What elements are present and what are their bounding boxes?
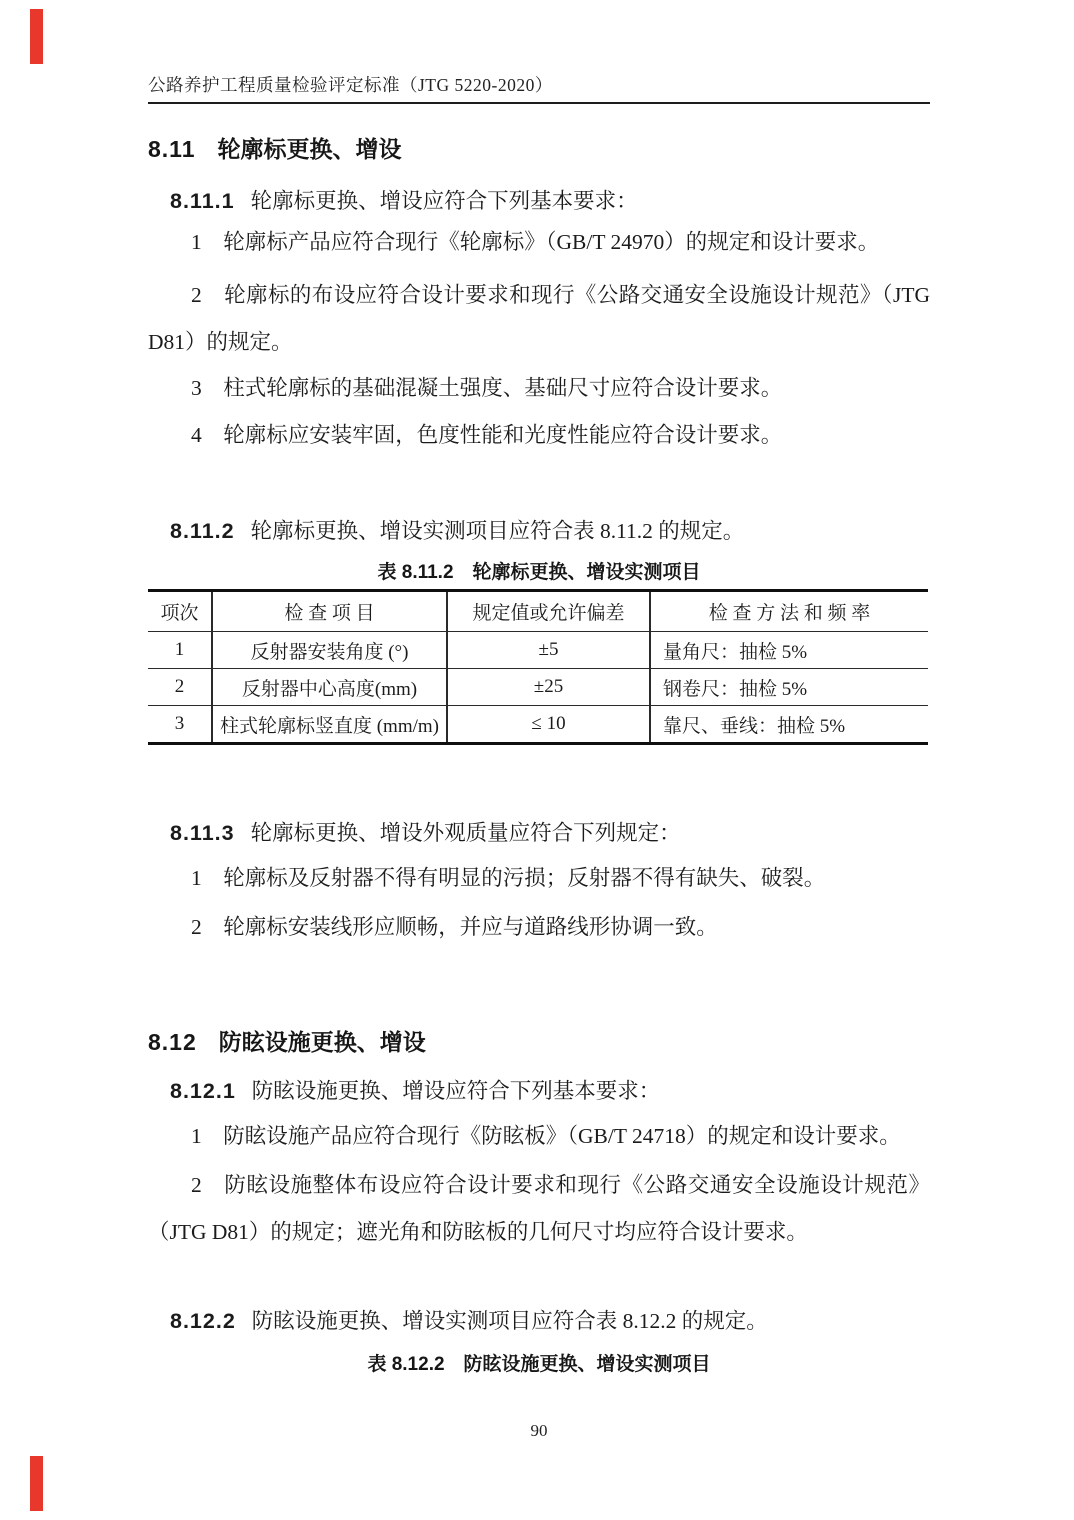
clause-8-12-1: 8.12.1防眩设施更换、增设应符合下列基本要求： — [148, 1074, 948, 1105]
item-paragraph: 2 轮廓标的布设应符合设计要求和现行《公路交通安全设施设计规范》（JTG D81… — [148, 272, 930, 366]
cell-item: 柱式轮廓标竖直度 (mm/m) — [212, 706, 447, 744]
cell-no: 1 — [148, 632, 212, 669]
table-row: 2 反射器中心高度(mm) ±25 钢卷尺：抽检 5% — [148, 669, 928, 706]
clause-number: 8.11.2 — [170, 519, 235, 543]
red-margin-mark-bottom — [30, 1456, 43, 1511]
table-header-row: 项次 检 查 项 目 规定值或允许偏差 检 查 方 法 和 频 率 — [148, 591, 928, 632]
cell-item: 反射器安装角度 (°) — [212, 632, 447, 669]
cell-method: 靠尺、垂线：抽检 5% — [650, 706, 928, 744]
item-paragraph: 2 防眩设施整体布设应符合设计要求和现行《公路交通安全设施设计规范》（JTG D… — [148, 1162, 930, 1256]
page-number: 90 — [148, 1421, 930, 1441]
clause-number: 8.12.1 — [170, 1079, 236, 1103]
clause-text: 防眩设施更换、增设应符合下列基本要求： — [252, 1079, 661, 1103]
clause-text: 防眩设施更换、增设实测项目应符合表 8.12.2 的规定。 — [252, 1309, 768, 1333]
clause-number: 8.12.2 — [170, 1309, 236, 1333]
document-page: 公路养护工程质量检验评定标准（JTG 5220-2020） 8.11轮廓标更换、… — [0, 0, 1074, 1520]
item-paragraph: 4 轮廓标应安装牢固，色度性能和光度性能应符合设计要求。 — [148, 412, 930, 459]
clause-8-12-2: 8.12.2防眩设施更换、增设实测项目应符合表 8.12.2 的规定。 — [148, 1304, 948, 1335]
clause-8-11-2: 8.11.2轮廓标更换、增设实测项目应符合表 8.11.2 的规定。 — [148, 514, 948, 545]
clause-number: 8.11.3 — [170, 821, 235, 845]
clause-text: 轮廓标更换、增设应符合下列基本要求： — [251, 189, 638, 213]
cell-no: 2 — [148, 669, 212, 706]
item-paragraph: 1 轮廓标产品应符合现行《轮廓标》（GB/T 24970）的规定和设计要求。 — [148, 219, 930, 266]
running-header-title: 公路养护工程质量检验评定标准（JTG 5220-2020） — [148, 72, 930, 97]
item-paragraph: 1 轮廓标及反射器不得有明显的污损；反射器不得有缺失、破裂。 — [148, 855, 930, 902]
red-margin-mark-top — [30, 9, 43, 64]
cell-tolerance: ≤ 10 — [447, 706, 650, 744]
section-heading-8-11: 8.11轮廓标更换、增设 — [148, 131, 930, 164]
section-number: 8.11 — [148, 136, 196, 162]
cell-method: 钢卷尺：抽检 5% — [650, 669, 928, 706]
col-header-tolerance: 规定值或允许偏差 — [447, 591, 650, 632]
clause-text: 轮廓标更换、增设实测项目应符合表 8.11.2 的规定。 — [251, 519, 745, 543]
table-row: 3 柱式轮廓标竖直度 (mm/m) ≤ 10 靠尺、垂线：抽检 5% — [148, 706, 928, 744]
item-paragraph: 1 防眩设施产品应符合现行《防眩板》（GB/T 24718）的规定和设计要求。 — [148, 1113, 930, 1160]
header-rule — [148, 102, 930, 104]
section-number: 8.12 — [148, 1029, 197, 1055]
clause-8-11-3: 8.11.3轮廓标更换、增设外观质量应符合下列规定： — [148, 816, 948, 847]
section-title: 防眩设施更换、增设 — [219, 1029, 426, 1055]
item-paragraph: 3 柱式轮廓标的基础混凝土强度、基础尺寸应符合设计要求。 — [148, 365, 930, 412]
table-row: 1 反射器安装角度 (°) ±5 量角尺：抽检 5% — [148, 632, 928, 669]
cell-item: 反射器中心高度(mm) — [212, 669, 447, 706]
col-header-check-item: 检 查 项 目 — [212, 591, 447, 632]
table-8-11-2: 项次 检 查 项 目 规定值或允许偏差 检 查 方 法 和 频 率 1 反射器安… — [148, 589, 928, 745]
section-title: 轮廓标更换、增设 — [218, 136, 402, 162]
clause-text: 轮廓标更换、增设外观质量应符合下列规定： — [251, 821, 681, 845]
table-caption-8-11-2: 表 8.11.2 轮廓标更换、增设实测项目 — [148, 557, 930, 584]
clause-number: 8.11.1 — [170, 189, 235, 213]
cell-tolerance: ±5 — [447, 632, 650, 669]
col-header-item-no: 项次 — [148, 591, 212, 632]
section-heading-8-12: 8.12防眩设施更换、增设 — [148, 1024, 930, 1057]
col-header-method: 检 查 方 法 和 频 率 — [650, 591, 928, 632]
clause-8-11-1: 8.11.1轮廓标更换、增设应符合下列基本要求： — [148, 184, 948, 215]
item-paragraph: 2 轮廓标安装线形应顺畅，并应与道路线形协调一致。 — [148, 904, 930, 951]
cell-no: 3 — [148, 706, 212, 744]
cell-tolerance: ±25 — [447, 669, 650, 706]
cell-method: 量角尺：抽检 5% — [650, 632, 928, 669]
table-caption-8-12-2: 表 8.12.2 防眩设施更换、增设实测项目 — [148, 1349, 930, 1376]
